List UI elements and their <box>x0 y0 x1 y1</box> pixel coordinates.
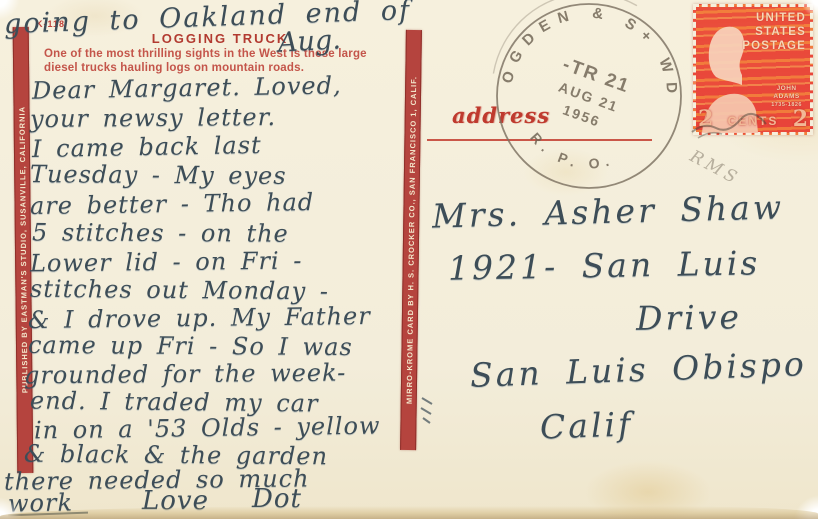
printer-imprint: MIRRO-KROME CARD BY H. S. CROCKER CO., S… <box>404 76 418 404</box>
recipient-line: Drive <box>636 297 743 338</box>
message-line: Tuesday - My eyes <box>30 160 287 190</box>
message-line: Lower lid - on Fri - <box>30 247 303 278</box>
stray-ink-marks <box>418 392 440 426</box>
message-line: & I drove up. My Father <box>28 302 371 334</box>
message-line: are better - Tho had <box>30 188 315 220</box>
postcard: PUBLISHED BY EASTMAN'S STUDIO, SUSANVILL… <box>0 0 818 519</box>
postmark-rpo-text: R. P. O. <box>523 123 621 184</box>
message-line: I came back last <box>32 131 262 163</box>
card-bottom-edge-shadow <box>0 506 818 519</box>
rms-auxiliary-mark: RMS <box>686 147 743 190</box>
top-note-line-2: Aug. <box>277 24 341 58</box>
message-line: grounded for the week- <box>24 359 347 390</box>
message-line: 5 stitches - on the <box>32 218 289 247</box>
portrait-head <box>709 27 744 85</box>
stamp-denomination-right: 2 <box>793 106 808 132</box>
message-line: your newsy letter. <box>30 103 276 133</box>
stamp-country-text: UNITED STATES POSTAGE <box>742 12 806 53</box>
message-line: stitches out Monday - <box>30 275 329 306</box>
right-border-strip: MIRRO-KROME CARD BY H. S. CROCKER CO., S… <box>400 30 422 450</box>
recipient-line: San Luis Obispo <box>469 344 807 395</box>
recipient-line: 1921- San Luis <box>448 243 761 287</box>
postmark: OGDEN & S+ WD R. P. O. -TR 21 AUG 21 195… <box>489 0 689 196</box>
message-line: Dear Margaret. Loved, <box>32 71 342 104</box>
message-line: came up Fri - So I was <box>28 331 353 361</box>
cancellation-marks <box>688 98 788 142</box>
recipient-line: Calif <box>539 404 634 446</box>
